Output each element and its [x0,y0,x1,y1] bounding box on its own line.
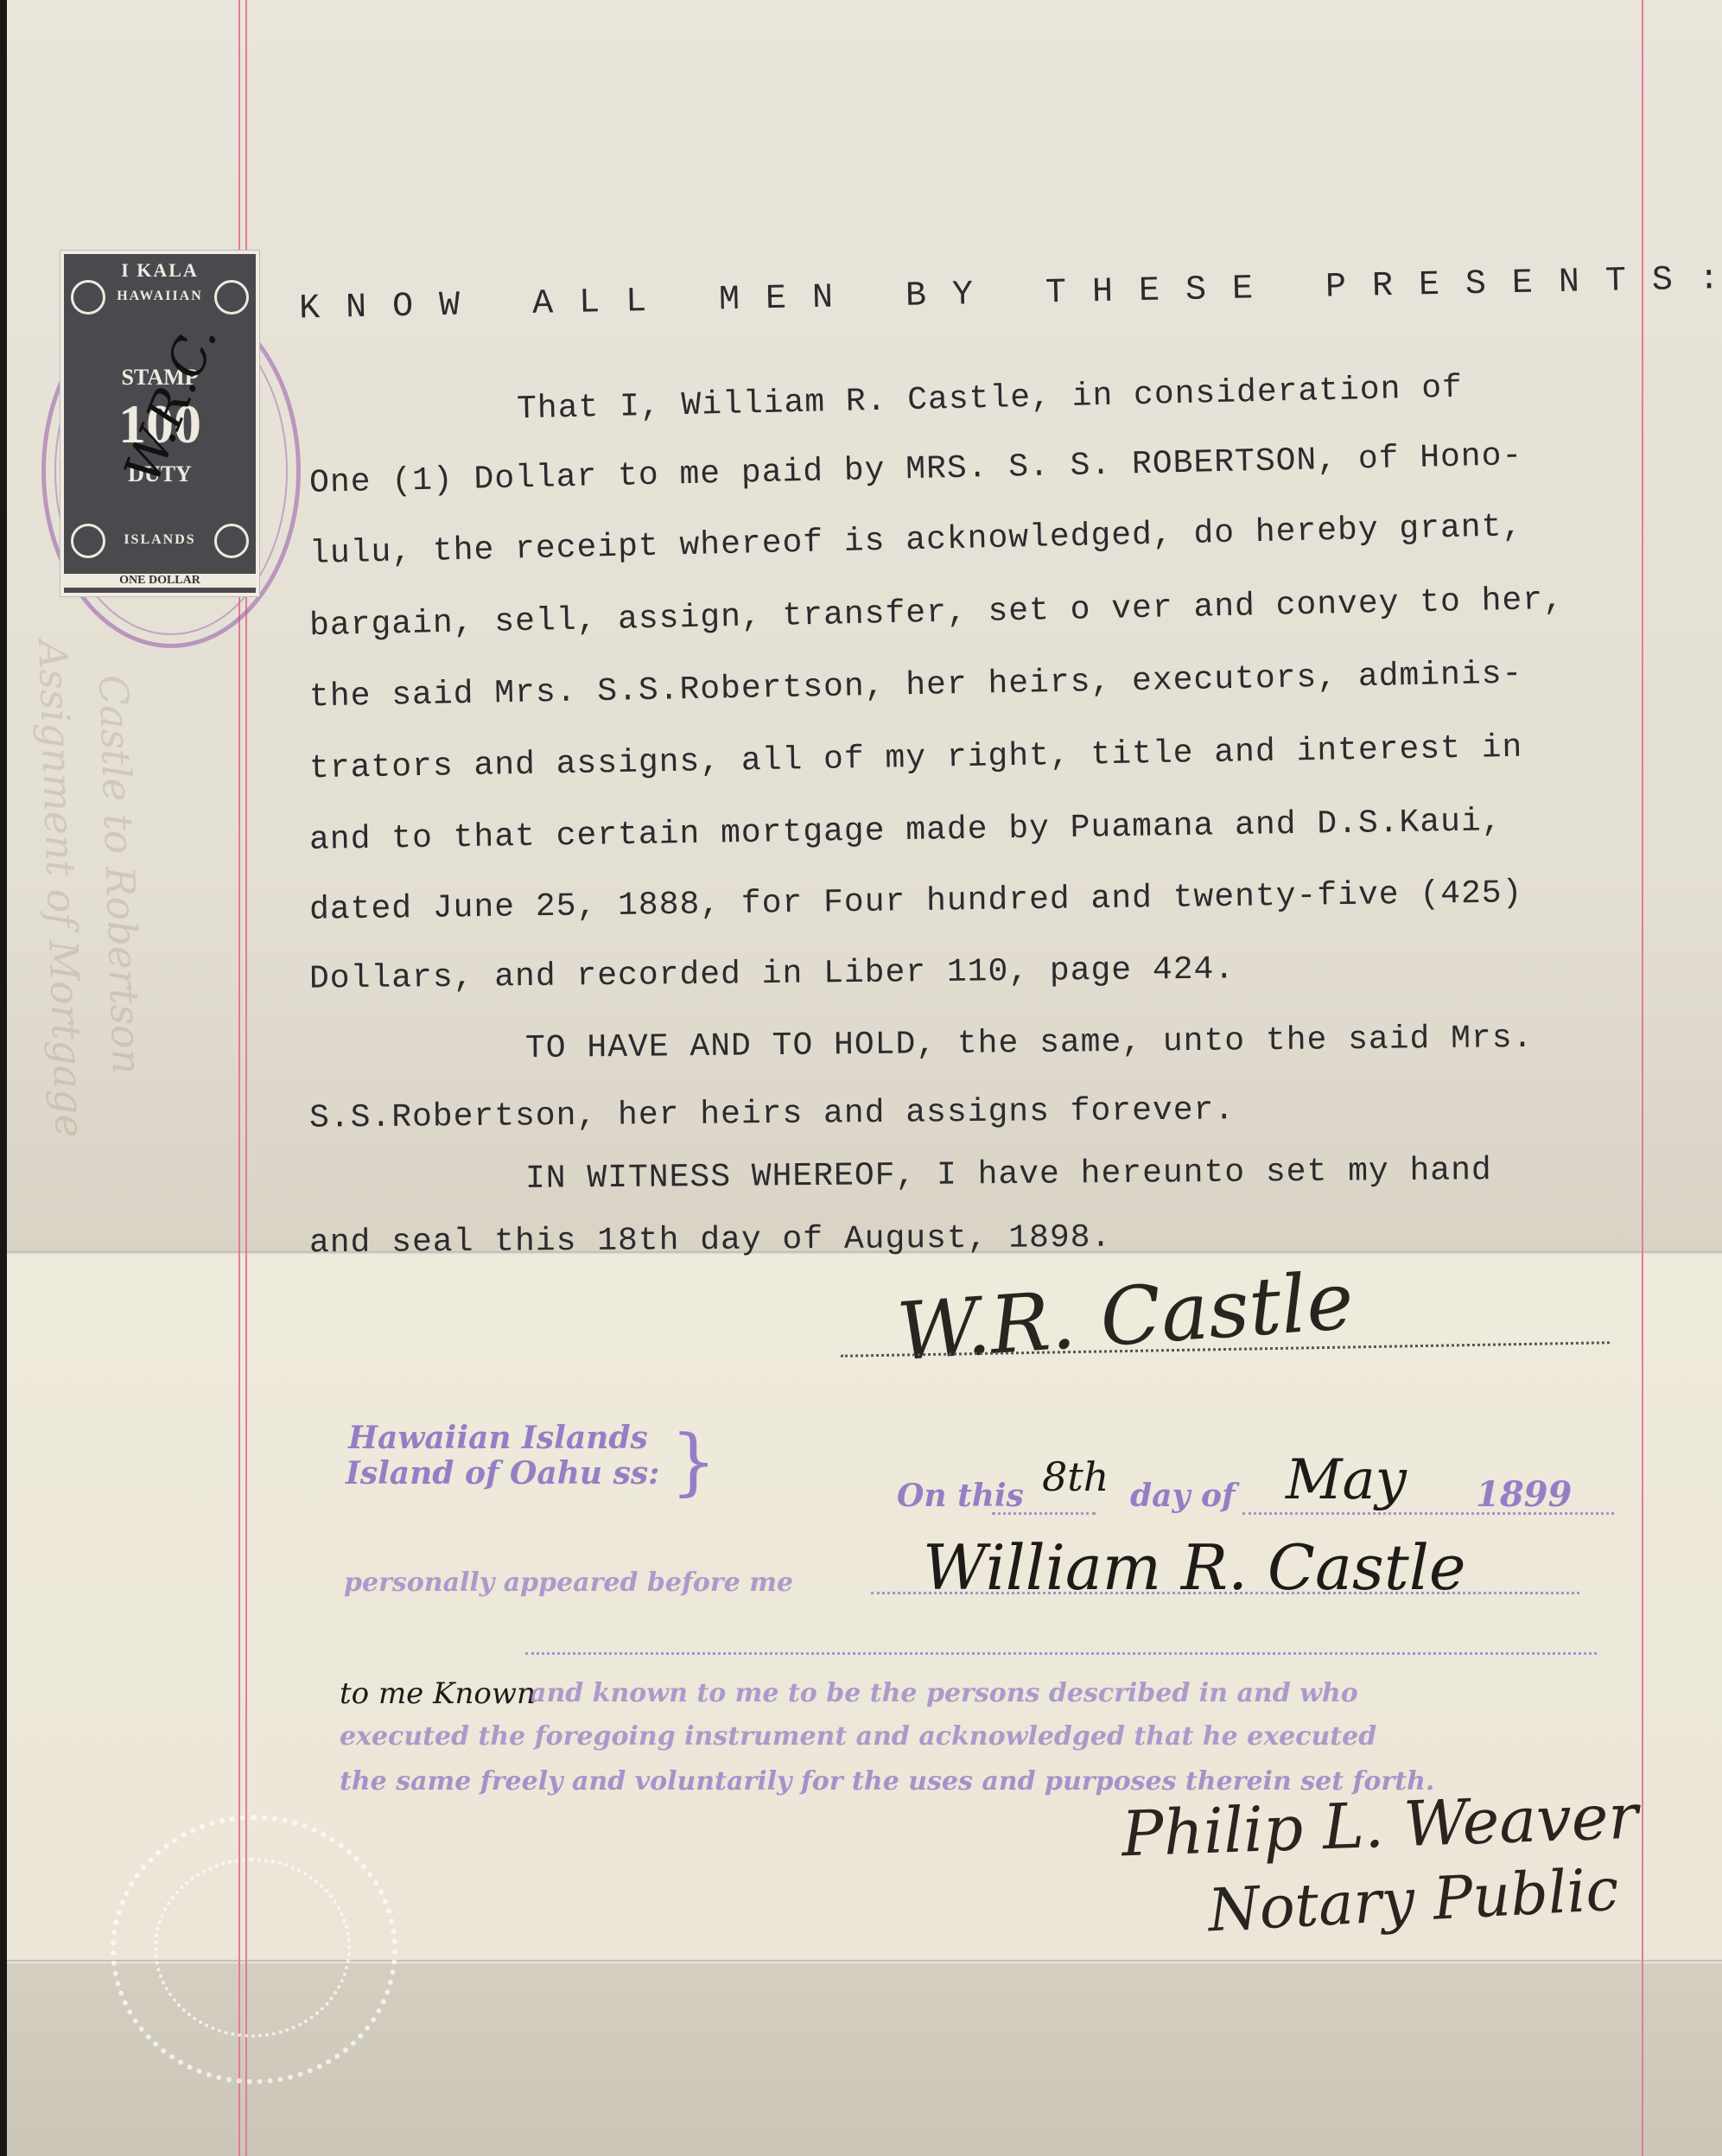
right-margin-rule [1642,0,1643,2156]
body-line: and seal this 18th day of August, 1898. [309,1219,1112,1262]
date-year: 1899 [1476,1474,1572,1515]
known-handwritten: to me Known [340,1676,536,1711]
appeared-line [871,1592,1579,1594]
stamp-top-label: I KALA [64,259,256,282]
venue-line-1: Hawaiian Islands [348,1420,648,1456]
stamp-denomination: ONE DOLLAR [64,574,256,588]
date-day: 8th [1042,1453,1109,1500]
stamp-country: HAWAIIAN [64,289,256,304]
venue-line-2: Island of Oahu ss: [346,1455,659,1491]
date-month-line [1242,1512,1614,1515]
acknowledgment-line: executed the foregoing instrument and ac… [340,1721,1376,1752]
appeared-prefix: personally appeared before me [344,1568,793,1598]
stamp-islands-label: ISLANDS [64,532,256,548]
venue-brace: } [670,1419,716,1504]
acknowledgment-line: and known to me to be the persons descri… [530,1678,1358,1708]
embossed-notary-seal-inner [154,1858,351,2038]
date-day-line [992,1512,1096,1515]
blank-line [525,1652,1597,1655]
date-month: May [1286,1448,1407,1512]
date-mid: day of [1130,1478,1235,1514]
document-paper: Assignment of Mortgage Castle to Roberts… [7,0,1722,2156]
date-prefix: On this [897,1478,1024,1514]
